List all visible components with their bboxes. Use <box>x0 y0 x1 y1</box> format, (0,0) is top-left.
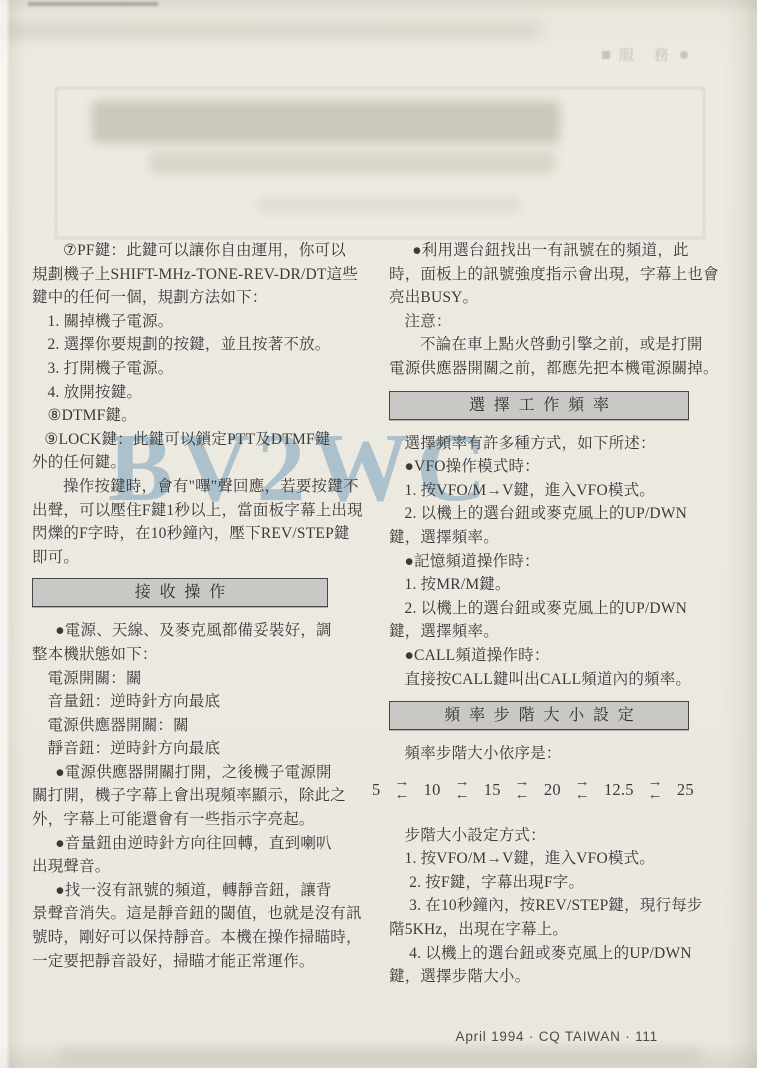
step-size-sequence-diagram: 5→←10→←15→←20→←12.5→←25 <box>363 770 689 810</box>
text-line: 鍵，選擇步階大小。 <box>389 965 689 989</box>
text-line: 一定要把靜音設好，掃瞄才能正常運作。 <box>32 950 328 974</box>
square-bullet-icon <box>602 51 610 59</box>
text-line: 選擇頻率有許多種方式，如下所述： <box>389 432 689 456</box>
text-line: 規劃機子上SHIFT-MHz-TONE-REV-DR/DT這些 <box>32 263 328 287</box>
text-line: 2. 以機上的選台鈕或麥克風上的UP/DWN <box>389 597 689 621</box>
text-line: 出聲，可以壓住F鍵1秒以上，當面板字幕上出現 <box>32 499 328 523</box>
text-line: ●記憶頻道操作時： <box>389 550 689 574</box>
text-line: ⑨LOCK鍵：此鍵可以鎖定PTT及DTMF鍵 <box>32 428 328 452</box>
text-line: 步階大小設定方式： <box>389 824 689 848</box>
scan-smudge <box>60 1049 700 1059</box>
text-line: 2. 按F鍵，字幕出現F字。 <box>389 871 689 895</box>
text-line: 電源供應器開關之前，都應先把本機電源關掉。 <box>389 357 689 381</box>
text-line: 鍵，選擇頻率。 <box>389 620 689 644</box>
text-line: 號時，剛好可以保持靜音。本機在操作掃瞄時， <box>32 926 328 950</box>
text-line: ●CALL頻道操作時： <box>389 644 689 668</box>
text-line: 1. 按VFO/M→V鍵，進入VFO模式。 <box>389 847 689 871</box>
bidirectional-arrows-icon: →← <box>450 777 475 803</box>
section-header: 接收操作 <box>32 578 328 607</box>
text-line: 整本機狀態如下： <box>32 643 328 667</box>
text-line: 1. 按VFO/M→V鍵，進入VFO模式。 <box>389 479 689 503</box>
text-line: 1. 按MR/M鍵。 <box>389 573 689 597</box>
section-header: 選擇工作頻率 <box>389 391 689 420</box>
text-line: ●音量鈕由逆時針方向往回轉，直到喇叭 <box>32 832 328 856</box>
text-line: 靜音鈕：逆時針方向最底 <box>32 737 328 761</box>
text-line: ●電源、天線、及麥克風都備妥裝好，調 <box>32 619 328 643</box>
step-value: 12.5 <box>595 778 643 802</box>
text-line: 時，面板上的訊號強度指示會出現，字幕上也會 <box>389 263 689 287</box>
text-line: 電源供應器開關：關 <box>32 714 328 738</box>
bleedthrough-ghost-text <box>258 198 520 212</box>
text-line: 外的任何鍵。 <box>32 451 328 475</box>
left-text-column: ⑦PF鍵：此鍵可以讓你自由運用，你可以規劃機子上SHIFT-MHz-TONE-R… <box>32 239 328 973</box>
left-arrow-icon: ← <box>394 790 409 803</box>
scanned-magazine-page: 服 務 BV2WC ⑦PF鍵：此鍵可以讓你自由運用，你可以規劃機子上SHIFT-… <box>0 0 757 1068</box>
text-line: ●利用選台鈕找出一有訊號在的頻道，此 <box>389 239 689 263</box>
text-line: ⑦PF鍵：此鍵可以讓你自由運用，你可以 <box>32 239 328 263</box>
text-line: 鍵，選擇頻率。 <box>389 526 689 550</box>
step-value: 10 <box>415 778 450 802</box>
text-line: 1. 關掉機子電源。 <box>32 310 328 334</box>
text-line: ●找一沒有訊號的頻道，轉靜音鈕，讓背 <box>32 879 328 903</box>
section-header: 頻率步階大小設定 <box>389 701 689 730</box>
step-value: 20 <box>535 778 570 802</box>
text-line: 階5KHz，出現在字幕上。 <box>389 918 689 942</box>
text-line: 外，字幕上可能還會有一些指示字亮起。 <box>32 808 328 832</box>
text-line: 2. 以機上的選台鈕或麥克風上的UP/DWN <box>389 502 689 526</box>
bidirectional-arrows-icon: →← <box>643 777 668 803</box>
text-line: 操作按鍵時，會有"嗶"聲回應，若要按鍵不 <box>32 475 328 499</box>
left-arrow-icon: ← <box>575 790 590 803</box>
text-line: 鍵中的任何一個，規劃方法如下： <box>32 286 328 310</box>
scan-smudge <box>28 2 158 6</box>
text-line: 3. 在10秒鐘內，按REV/STEP鍵，現行每步 <box>389 894 689 918</box>
text-line: ●VFO操作模式時： <box>389 455 689 479</box>
step-value: 15 <box>475 778 510 802</box>
text-line: 4. 以機上的選台鈕或麥克風上的UP/DWN <box>389 942 689 966</box>
text-line: 4. 放開按鍵。 <box>32 381 328 405</box>
bleedthrough-ghost-title <box>92 101 560 143</box>
page-footer: April 1994 · CQ TAIWAN · 111 <box>456 1029 658 1044</box>
left-arrow-icon: ← <box>648 790 663 803</box>
step-value: 25 <box>668 778 703 802</box>
text-line: ●電源供應器開關打開，之後機子電源開 <box>32 761 328 785</box>
running-head: 服 務 <box>602 44 688 65</box>
text-line: 亮出BUSY。 <box>389 286 689 310</box>
left-arrow-icon: ← <box>455 790 470 803</box>
text-line: 閃爍的F字時，在10秒鐘內，壓下REV/STEP鍵 <box>32 522 328 546</box>
dot-bullet-icon <box>680 51 688 59</box>
text-line: 電源開關：關 <box>32 667 328 691</box>
bleedthrough-ghost-subtitle <box>150 152 555 174</box>
running-head-label: 服 務 <box>619 44 677 65</box>
bidirectional-arrows-icon: →← <box>570 777 595 803</box>
text-line: 注意： <box>389 310 689 334</box>
bidirectional-arrows-icon: →← <box>389 777 414 803</box>
scan-smudge <box>0 24 540 37</box>
right-text-column: ●利用選台鈕找出一有訊號在的頻道，此時，面板上的訊號強度指示會出現，字幕上也會亮… <box>389 239 689 989</box>
left-arrow-icon: ← <box>515 790 530 803</box>
text-line: 3. 打開機子電源。 <box>32 357 328 381</box>
text-line: 2. 選擇你要規劃的按鍵，並且按著不放。 <box>32 333 328 357</box>
text-line: 頻率步階大小依序是： <box>389 742 689 766</box>
text-line: 即可。 <box>32 546 328 570</box>
step-value: 5 <box>363 778 389 802</box>
text-line: 音量鈕：逆時針方向最底 <box>32 690 328 714</box>
bidirectional-arrows-icon: →← <box>510 777 535 803</box>
text-line: 不論在車上點火啓動引擎之前，或是打開 <box>389 333 689 357</box>
text-line: 出現聲音。 <box>32 855 328 879</box>
text-line: ⑧DTMF鍵。 <box>32 404 328 428</box>
text-line: 景聲音消失。這是靜音鈕的閾值，也就是沒有訊 <box>32 902 328 926</box>
text-line: 關打開，機子字幕上會出現頻率顯示，除此之 <box>32 784 328 808</box>
text-line: 直接按CALL鍵叫出CALL頻道內的頻率。 <box>389 668 689 692</box>
